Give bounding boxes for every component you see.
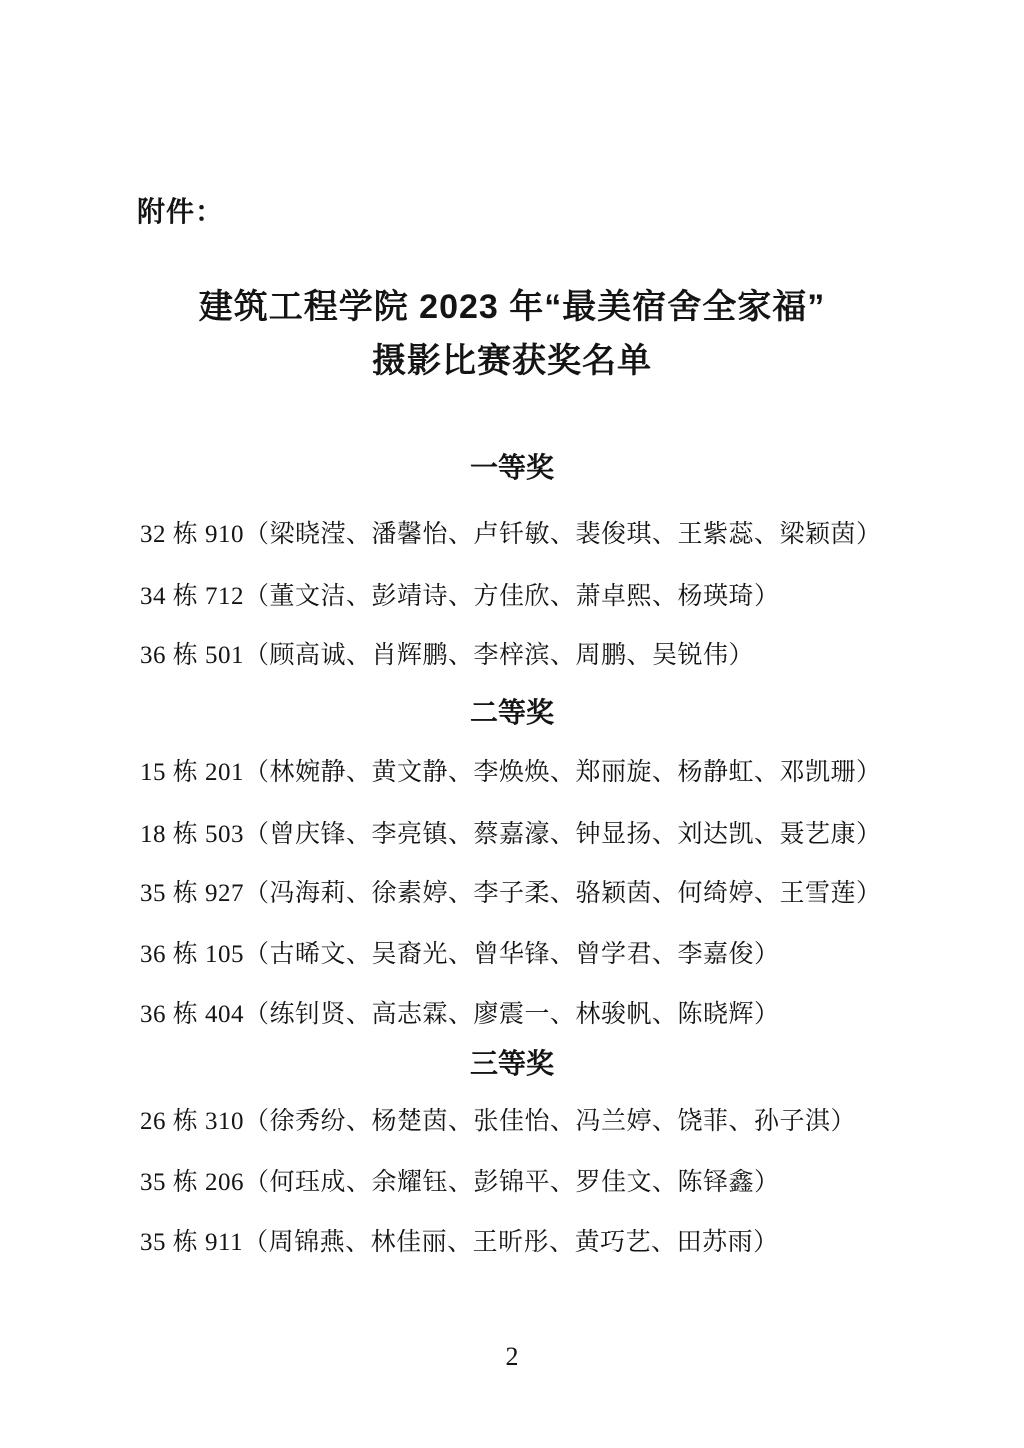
document-title-line1: 建筑工程学院 2023 年“最美宿舍全家福” [0, 280, 1024, 334]
award-row: 15 栋 201（林婉静、黄文静、李焕焕、郑丽旋、杨静虹、邓凯珊） [140, 758, 904, 788]
award-row: 36 栋 404（练钊贤、高志霖、廖震一、林骏帆、陈晓辉） [140, 1000, 904, 1030]
section-heading-second-prize: 二等奖 [140, 698, 884, 728]
document-title: 建筑工程学院 2023 年“最美宿舍全家福” 摄影比赛获奖名单 [0, 280, 1024, 388]
attachment-label: 附件： [137, 190, 224, 230]
document-title-line2: 摄影比赛获奖名单 [0, 334, 1024, 388]
award-row: 26 栋 310（徐秀纷、杨楚茵、张佳怡、冯兰婷、饶菲、孙子淇） [140, 1107, 904, 1137]
award-row: 36 栋 501（顾高诚、肖辉鹏、李梓滨、周鹏、吴锐伟） [140, 641, 904, 671]
award-row: 18 栋 503（曾庆锋、李亮镇、蔡嘉濠、钟显扬、刘达凯、聂艺康） [140, 820, 904, 850]
section-heading-first-prize: 一等奖 [140, 453, 884, 483]
page-number: 2 [0, 1342, 1024, 1372]
award-row: 36 栋 105（古晞文、吴裔光、曾华锋、曾学君、李嘉俊） [140, 940, 904, 970]
award-row: 35 栋 911（周锦燕、林佳丽、王昕彤、黄巧艺、田苏雨） [140, 1228, 904, 1258]
award-row: 34 栋 712（董文洁、彭靖诗、方佳欣、萧卓熙、杨瑛琦） [140, 582, 904, 612]
award-row: 35 栋 927（冯海莉、徐素婷、李子柔、骆颖茵、何绮婷、王雪莲） [140, 879, 904, 909]
award-row: 35 栋 206（何珏成、余耀钰、彭锦平、罗佳文、陈铎鑫） [140, 1168, 904, 1198]
document-page: 附件： 建筑工程学院 2023 年“最美宿舍全家福” 摄影比赛获奖名单 一等奖 … [0, 0, 1024, 1448]
award-row: 32 栋 910（梁晓滢、潘馨怡、卢钎敏、裴俊琪、王紫蕊、梁颖茵） [140, 520, 904, 550]
section-heading-third-prize: 三等奖 [140, 1049, 884, 1079]
